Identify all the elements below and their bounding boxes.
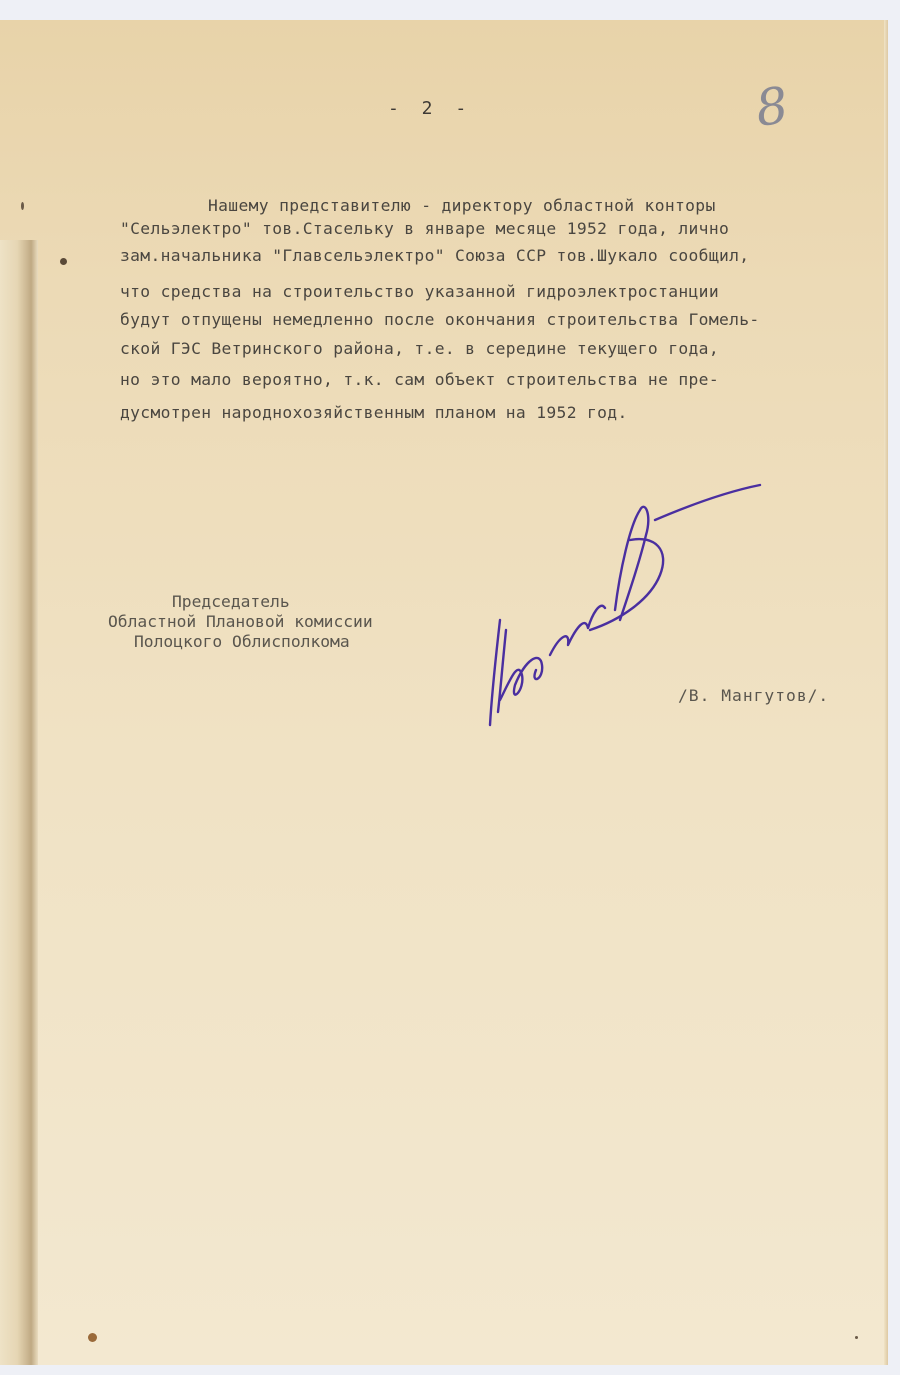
body-line: что средства на строительство указанной … [120, 282, 719, 301]
signature-block: Председатель Областной Плановой комиссии… [108, 592, 373, 652]
page-right-edge [884, 20, 888, 1365]
body-line: зам.начальника "Главсельэлектро" Союза С… [120, 246, 749, 265]
body-line: будут отпущены немедленно после окончани… [120, 310, 760, 329]
stain-mark [88, 1333, 97, 1342]
body-line: Нашему представителю - директору областн… [208, 196, 716, 215]
signatory-title: Областной Плановой комиссии [108, 612, 373, 632]
body-line: ской ГЭС Ветринского района, т.е. в сере… [120, 339, 719, 358]
stain-mark [60, 258, 67, 265]
binding-edge [0, 240, 38, 1365]
page-number: - 2 - [388, 98, 472, 119]
signatory-name: /В. Мангутов/. [678, 686, 829, 705]
body-line: "Сельэлектро" тов.Стасельку в январе мес… [120, 219, 729, 238]
body-line: дусмотрен народнохозяйственным планом на… [120, 403, 628, 422]
body-line: но это мало вероятно, т.к. сам объект ст… [120, 370, 719, 389]
signatory-title: Председатель [108, 592, 373, 612]
stain-mark [855, 1336, 858, 1339]
signatory-title: Полоцкого Облисполкома [108, 632, 373, 652]
stain-mark [21, 202, 24, 210]
